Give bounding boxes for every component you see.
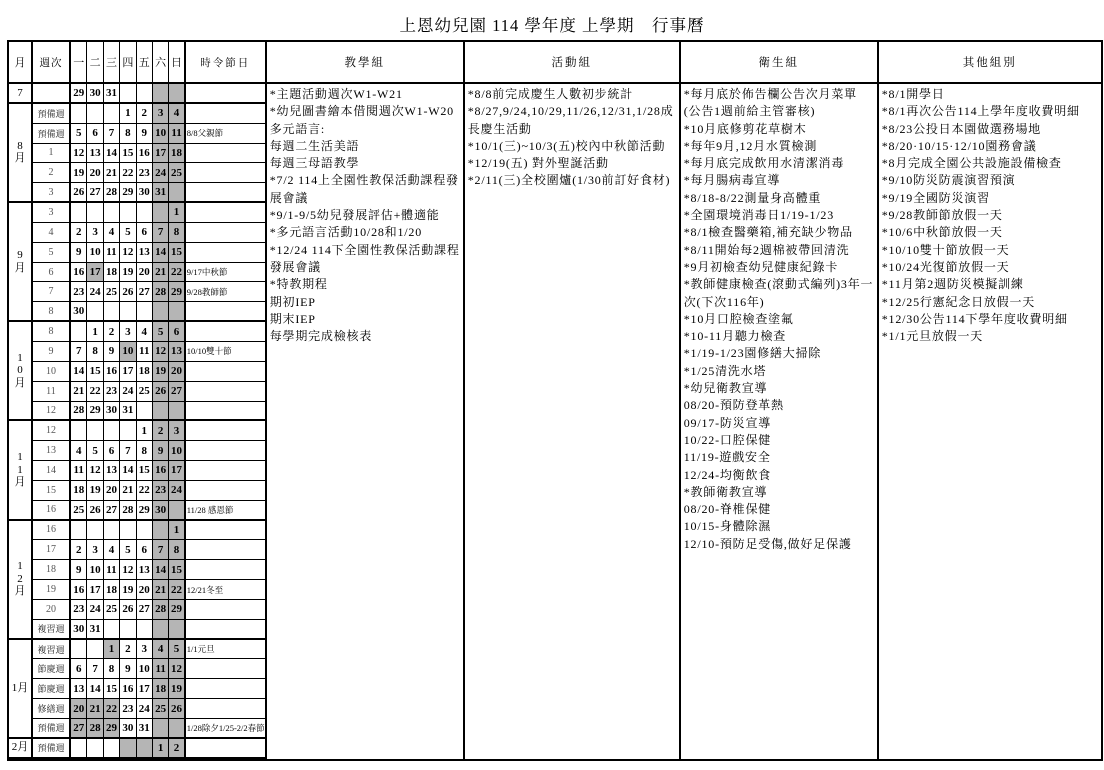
day-cell: 19 <box>71 163 87 183</box>
day-cell: 20 <box>104 481 120 501</box>
day-cell <box>71 521 87 541</box>
calendar-note: *每月底完成飲用水清潔消毒 <box>684 155 874 172</box>
day-cell: 2 <box>71 223 87 243</box>
month-cell: 9月 <box>9 203 33 322</box>
day-cell: 14 <box>87 679 103 699</box>
calendar-note: 09/17-防災宣導 <box>684 415 874 432</box>
day-cell: 21 <box>87 699 103 719</box>
day-cell: 8 <box>104 659 120 679</box>
day-cell: 13 <box>137 560 153 580</box>
day-cell <box>71 739 87 759</box>
month-label: 2 <box>17 573 23 586</box>
day-cell: 31 <box>87 620 103 640</box>
day-cell: 21 <box>153 263 169 283</box>
calendar-note: *8/27,9/24,10/29,11/26,12/31,1/28成長慶生活動 <box>468 103 676 138</box>
day-cell <box>169 183 185 203</box>
day-cell: 25 <box>137 382 153 402</box>
calendar-note: *教師健康檢查(滾動式編列)3年一次(下次116年) <box>684 276 874 311</box>
day-cell: 13 <box>169 342 185 362</box>
day-cell: 3 <box>87 540 103 560</box>
day-cell: 30 <box>71 302 87 322</box>
day-cell: 4 <box>137 322 153 342</box>
day-cell: 1 <box>120 104 136 124</box>
day-cell: 8 <box>169 540 185 560</box>
col-header-health-group: 衛生組 <box>681 42 877 84</box>
calendar-note: *每年9月,12月水質檢測 <box>684 138 874 155</box>
month-label: 1 <box>17 464 23 477</box>
day-cell <box>71 640 87 660</box>
day-cell: 4 <box>71 441 87 461</box>
calendar-note: 10/22-口腔保健 <box>684 432 874 449</box>
day-cell: 10 <box>120 342 136 362</box>
week-label: 預備週 <box>33 719 71 739</box>
week-label: 14 <box>33 461 71 481</box>
day-cell: 15 <box>87 362 103 382</box>
holiday-cell <box>186 441 265 461</box>
calendar-note: *10-11月聽力檢查 <box>684 328 874 345</box>
day-cell: 18 <box>104 580 120 600</box>
day-cell: 16 <box>120 679 136 699</box>
day-cell: 19 <box>120 580 136 600</box>
day-cell: 24 <box>87 282 103 302</box>
holiday-cell <box>186 560 265 580</box>
day-cell: 29 <box>87 402 103 422</box>
day-cell: 10 <box>137 659 153 679</box>
day-cell: 25 <box>104 600 120 620</box>
other-groups-items: *8/1開學日*8/1再次公告114上學年度收費明細*8/23公投日本園做選務場… <box>879 84 1101 759</box>
day-cell <box>153 203 169 223</box>
month-label: 9 <box>17 249 23 262</box>
week-label: 18 <box>33 560 71 580</box>
day-cell: 9 <box>71 560 87 580</box>
day-cell: 20 <box>137 580 153 600</box>
week-label <box>33 84 71 104</box>
day-cell: 12 <box>153 342 169 362</box>
calendar-note: *9/1-9/5幼兒發展評估+體適能 <box>270 207 460 224</box>
day-cell <box>169 719 185 739</box>
day-cell: 19 <box>153 362 169 382</box>
day-cell <box>71 322 87 342</box>
calendar-note: 08/20-脊椎保健 <box>684 501 874 518</box>
day-cell: 19 <box>169 679 185 699</box>
month-label: 2月 <box>12 741 29 754</box>
holiday-cell <box>186 620 265 640</box>
holiday-cell: 8/8父親節 <box>186 124 265 144</box>
calendar-note: *10/6中秋節放假一天 <box>882 224 1098 241</box>
day-cell: 21 <box>120 481 136 501</box>
holiday-cell <box>186 679 265 699</box>
day-cell: 20 <box>169 362 185 382</box>
month-cell: 1月 <box>9 640 33 739</box>
day-cell: 5 <box>153 322 169 342</box>
week-label: 13 <box>33 441 71 461</box>
week-label: 節慶週 <box>33 679 71 699</box>
calendar-note: *10/10雙十節放假一天 <box>882 242 1098 259</box>
day-cell: 11 <box>104 560 120 580</box>
day-cell <box>87 104 103 124</box>
teaching-group-items: *主題活動週次W1-W21*幼兒圖書繪本借閱週次W1-W20多元語言:每週二生活… <box>267 84 463 759</box>
day-cell: 12 <box>169 659 185 679</box>
day-cell: 12 <box>120 243 136 263</box>
day-cell: 13 <box>71 679 87 699</box>
day-cell <box>71 421 87 441</box>
day-cell: 27 <box>169 382 185 402</box>
day-cell: 29 <box>137 501 153 521</box>
health-group-items: *每月底於佈告欄公告次月菜單(公告1週前給主管審核)*10月底修剪花草樹木*每年… <box>681 84 877 759</box>
holiday-cell <box>186 163 265 183</box>
month-cell: 8月 <box>9 104 33 203</box>
day-cell: 7 <box>104 124 120 144</box>
col-header-month: 月 <box>9 42 33 84</box>
calendar-grid: 月 週次 一 二 三 四 五 六 日 時令節日 72930318月預備週1234… <box>9 42 267 759</box>
day-cell: 17 <box>169 461 185 481</box>
calendar-note: *8/20·10/15·12/10園務會議 <box>882 138 1098 155</box>
day-cell: 23 <box>71 600 87 620</box>
calendar-note: *8月完成全園公共設施設備檢查 <box>882 155 1098 172</box>
day-cell: 15 <box>104 679 120 699</box>
day-cell: 22 <box>120 163 136 183</box>
day-cell <box>137 84 153 104</box>
calendar-note: *1/1元旦放假一天 <box>882 328 1098 345</box>
col-header-week: 週次 <box>33 42 71 84</box>
day-cell: 8 <box>87 342 103 362</box>
day-cell: 21 <box>104 163 120 183</box>
day-cell: 14 <box>153 243 169 263</box>
day-cell: 21 <box>71 382 87 402</box>
day-cell <box>87 521 103 541</box>
day-cell <box>120 302 136 322</box>
column-teaching-group: 教學組 *主題活動週次W1-W21*幼兒圖書繪本借閱週次W1-W20多元語言:每… <box>267 42 465 759</box>
day-cell: 24 <box>153 163 169 183</box>
day-cell: 29 <box>104 719 120 739</box>
day-cell: 22 <box>169 580 185 600</box>
day-cell: 11 <box>169 124 185 144</box>
day-cell: 14 <box>104 144 120 164</box>
holiday-cell <box>186 243 265 263</box>
week-label: 15 <box>33 481 71 501</box>
day-cell: 29 <box>71 84 87 104</box>
day-cell: 4 <box>169 104 185 124</box>
week-label: 7 <box>33 282 71 302</box>
day-cell <box>104 739 120 759</box>
week-label: 8 <box>33 322 71 342</box>
calendar-note: 期末IEP <box>270 311 460 328</box>
day-cell: 8 <box>137 441 153 461</box>
day-cell: 27 <box>87 183 103 203</box>
day-cell <box>120 421 136 441</box>
day-cell <box>153 719 169 739</box>
month-label: 1月 <box>12 682 29 695</box>
day-cell: 7 <box>153 540 169 560</box>
month-cell: 10月 <box>9 322 33 421</box>
calendar-note: *8/8前完成慶生人數初步統計 <box>468 86 676 103</box>
day-cell: 18 <box>71 481 87 501</box>
day-cell: 6 <box>104 441 120 461</box>
day-cell <box>104 302 120 322</box>
day-cell: 24 <box>87 600 103 620</box>
day-cell: 20 <box>87 163 103 183</box>
calendar-note: *8/1開學日 <box>882 86 1098 103</box>
week-label: 1 <box>33 144 71 164</box>
day-cell: 25 <box>169 163 185 183</box>
holiday-cell <box>186 402 265 422</box>
week-label: 19 <box>33 580 71 600</box>
day-cell: 24 <box>120 382 136 402</box>
day-cell: 2 <box>120 640 136 660</box>
day-cell: 5 <box>71 124 87 144</box>
day-cell <box>87 640 103 660</box>
day-cell: 17 <box>87 263 103 283</box>
day-cell <box>137 302 153 322</box>
day-cell: 30 <box>87 84 103 104</box>
col-header-teaching-group: 教學組 <box>267 42 463 84</box>
day-cell <box>169 402 185 422</box>
month-label: 月 <box>15 585 26 598</box>
calendar-note: *12/19(五) 對外聖誕活動 <box>468 155 676 172</box>
month-cell: 7 <box>9 84 33 104</box>
col-header-activity-group: 活動組 <box>465 42 679 84</box>
day-cell: 16 <box>104 362 120 382</box>
day-cell: 3 <box>169 421 185 441</box>
calendar-note: *9月初檢查幼兒健康紀錄卡 <box>684 259 874 276</box>
day-cell: 23 <box>120 699 136 719</box>
month-cell: 11月 <box>9 421 33 520</box>
holiday-cell <box>186 382 265 402</box>
day-cell: 17 <box>87 580 103 600</box>
holiday-cell <box>186 699 265 719</box>
month-label: 月 <box>15 476 26 489</box>
week-label: 複習週 <box>33 640 71 660</box>
month-label: 1 <box>17 451 23 464</box>
calendar-note: *1/19-1/23園修繕大掃除 <box>684 345 874 362</box>
column-health-group: 衛生組 *每月底於佈告欄公告次月菜單(公告1週前給主管審核)*10月底修剪花草樹… <box>681 42 879 759</box>
calendar-note: 每週二生活美語 <box>270 138 460 155</box>
holiday-cell <box>186 600 265 620</box>
calendar-note: *8/23公投日本園做選務場地 <box>882 121 1098 138</box>
calendar-note: 期初IEP <box>270 294 460 311</box>
day-cell <box>137 521 153 541</box>
day-cell: 10 <box>87 243 103 263</box>
day-cell <box>104 421 120 441</box>
day-cell: 26 <box>153 382 169 402</box>
holiday-cell <box>186 739 265 759</box>
day-cell: 5 <box>120 223 136 243</box>
day-cell: 14 <box>120 461 136 481</box>
holiday-cell <box>186 540 265 560</box>
day-cell <box>137 739 153 759</box>
week-label: 6 <box>33 263 71 283</box>
day-cell: 2 <box>153 421 169 441</box>
calendar-note: *多元語言活動10/28和1/20 <box>270 224 460 241</box>
week-label: 2 <box>33 163 71 183</box>
day-cell <box>169 84 185 104</box>
week-label: 8 <box>33 302 71 322</box>
day-cell: 17 <box>153 144 169 164</box>
day-cell: 6 <box>71 659 87 679</box>
day-cell: 30 <box>137 183 153 203</box>
day-cell: 28 <box>120 501 136 521</box>
calendar-note: *9/28教師節放假一天 <box>882 207 1098 224</box>
day-cell: 27 <box>137 282 153 302</box>
day-cell: 13 <box>104 461 120 481</box>
day-cell: 5 <box>120 540 136 560</box>
day-cell: 22 <box>104 699 120 719</box>
day-cell: 27 <box>104 501 120 521</box>
calendar-note: *每月底於佈告欄公告次月菜單(公告1週前給主管審核) <box>684 86 874 121</box>
calendar-note: *11月第2週防災模擬訓練 <box>882 276 1098 293</box>
calendar-note: *幼兒衛教宣導 <box>684 380 874 397</box>
calendar-note: *特教期程 <box>270 276 460 293</box>
col-header-wed: 三 <box>104 42 120 84</box>
day-cell: 1 <box>87 322 103 342</box>
calendar-note: 11/19-遊戲安全 <box>684 449 874 466</box>
day-cell <box>104 203 120 223</box>
day-cell: 31 <box>120 402 136 422</box>
day-cell: 11 <box>153 659 169 679</box>
calendar-note: *2/11(三)全校圍爐(1/30前訂好食材) <box>468 172 676 189</box>
day-cell: 29 <box>120 183 136 203</box>
day-cell: 25 <box>153 699 169 719</box>
day-cell: 29 <box>169 282 185 302</box>
calendar-note: 12/10-預防足受傷,做好足保護 <box>684 536 874 553</box>
day-cell: 11 <box>104 243 120 263</box>
day-cell: 17 <box>137 679 153 699</box>
calendar-note: 每週三母語教學 <box>270 155 460 172</box>
day-cell <box>120 521 136 541</box>
day-cell: 9 <box>104 342 120 362</box>
day-cell <box>153 84 169 104</box>
day-cell: 22 <box>169 263 185 283</box>
day-cell: 27 <box>137 600 153 620</box>
calendar-note: *8/1檢查醫藥箱,補充缺少物品 <box>684 224 874 241</box>
month-label: 1 <box>17 352 23 365</box>
col-header-sat: 六 <box>153 42 169 84</box>
col-header-sun: 日 <box>169 42 185 84</box>
week-label: 4 <box>33 223 71 243</box>
day-cell: 14 <box>153 560 169 580</box>
calendar-note: *9/19全國防災演習 <box>882 190 1098 207</box>
month-cell: 2月 <box>9 739 33 759</box>
day-cell <box>120 84 136 104</box>
day-cell: 3 <box>153 104 169 124</box>
day-cell: 4 <box>153 640 169 660</box>
day-cell <box>169 501 185 521</box>
month-label: 1 <box>17 560 23 573</box>
holiday-cell <box>186 144 265 164</box>
calendar-note: 多元語言: <box>270 121 460 138</box>
day-cell: 28 <box>87 719 103 739</box>
day-cell <box>87 739 103 759</box>
day-cell: 29 <box>169 600 185 620</box>
day-cell: 1 <box>169 521 185 541</box>
day-cell: 30 <box>104 402 120 422</box>
day-cell <box>153 302 169 322</box>
day-cell: 4 <box>104 223 120 243</box>
week-label: 11 <box>33 382 71 402</box>
column-activity-group: 活動組 *8/8前完成慶生人數初步統計*8/27,9/24,10/29,11/2… <box>465 42 681 759</box>
holiday-cell: 10/10雙十節 <box>186 342 265 362</box>
day-cell: 8 <box>120 124 136 144</box>
day-cell: 6 <box>87 124 103 144</box>
holiday-cell <box>186 461 265 481</box>
day-cell: 2 <box>71 540 87 560</box>
day-cell: 21 <box>153 580 169 600</box>
day-cell <box>137 620 153 640</box>
day-cell: 19 <box>87 481 103 501</box>
calendar-note: *10月底修剪花草樹木 <box>684 121 874 138</box>
calendar-note: *12/25行憲紀念日放假一天 <box>882 294 1098 311</box>
activity-group-items: *8/8前完成慶生人數初步統計*8/27,9/24,10/29,11/26,12… <box>465 84 679 759</box>
holiday-cell: 9/28教師節 <box>186 282 265 302</box>
week-label: 預備週 <box>33 104 71 124</box>
day-cell: 31 <box>104 84 120 104</box>
day-cell: 5 <box>87 441 103 461</box>
day-cell: 7 <box>87 659 103 679</box>
day-cell <box>169 302 185 322</box>
day-cell: 9 <box>71 243 87 263</box>
month-label: 7 <box>17 87 23 100</box>
day-cell: 27 <box>71 719 87 739</box>
holiday-cell <box>186 362 265 382</box>
calendar-note: *8/18-8/22測量身高體重 <box>684 190 874 207</box>
day-cell: 12 <box>87 461 103 481</box>
day-cell <box>87 302 103 322</box>
day-cell: 31 <box>153 183 169 203</box>
month-label: 8 <box>17 140 23 153</box>
day-cell: 16 <box>137 144 153 164</box>
calendar-note: *7/2 114上全園性教保活動課程發展會議 <box>270 172 460 207</box>
holiday-cell <box>186 302 265 322</box>
week-label: 17 <box>33 540 71 560</box>
day-cell: 18 <box>153 679 169 699</box>
calendar-note: *12/30公告114下學年度收費明細 <box>882 311 1098 328</box>
col-header-other-groups: 其他組別 <box>879 42 1101 84</box>
calendar-note: *10/1(三)~10/3(五)校內中秋節活動 <box>468 138 676 155</box>
day-cell: 22 <box>137 481 153 501</box>
calendar-note: *每月腸病毒宣導 <box>684 172 874 189</box>
holiday-cell <box>186 481 265 501</box>
holiday-cell <box>186 322 265 342</box>
day-cell: 4 <box>104 540 120 560</box>
day-cell: 7 <box>71 342 87 362</box>
day-cell: 30 <box>71 620 87 640</box>
col-header-tue: 二 <box>87 42 103 84</box>
day-cell <box>120 739 136 759</box>
col-header-mon: 一 <box>71 42 87 84</box>
week-label: 複習週 <box>33 620 71 640</box>
day-cell: 1 <box>137 421 153 441</box>
day-cell: 26 <box>169 699 185 719</box>
day-cell: 17 <box>120 362 136 382</box>
day-cell: 13 <box>87 144 103 164</box>
day-cell: 26 <box>71 183 87 203</box>
week-label: 16 <box>33 521 71 541</box>
day-cell: 22 <box>87 382 103 402</box>
day-cell: 10 <box>87 560 103 580</box>
holiday-cell <box>186 84 265 104</box>
week-label: 節慶週 <box>33 659 71 679</box>
day-cell <box>87 421 103 441</box>
day-cell: 3 <box>87 223 103 243</box>
calendar-table: 月 週次 一 二 三 四 五 六 日 時令節日 72930318月預備週1234… <box>7 40 1103 761</box>
day-cell: 18 <box>137 362 153 382</box>
week-label: 修繕週 <box>33 699 71 719</box>
calendar-note: *10/24光復節放假一天 <box>882 259 1098 276</box>
calendar-note: *教師衛教宣導 <box>684 484 874 501</box>
day-cell: 23 <box>104 382 120 402</box>
week-label: 9 <box>33 342 71 362</box>
day-cell <box>104 521 120 541</box>
